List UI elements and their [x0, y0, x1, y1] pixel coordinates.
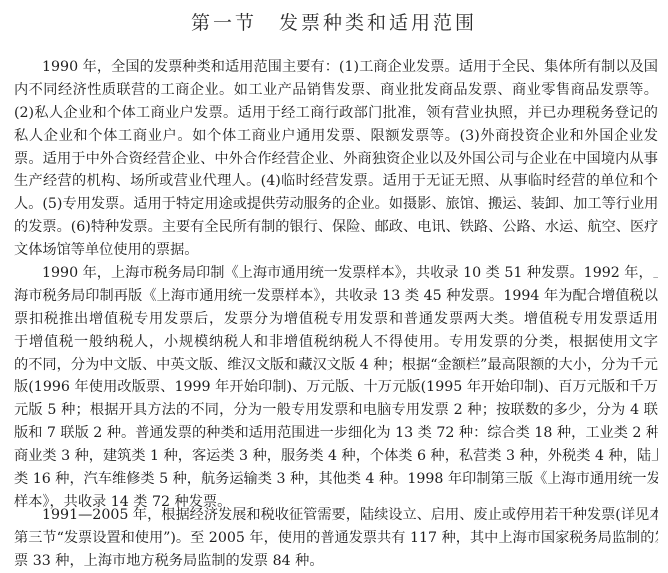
text-line: 海市税务局印制再版《上海市通用统一发票样本》，共收录 13 类 45 种发票。1…	[14, 285, 658, 308]
section-title: 第一节 发票种类和适用范围	[0, 8, 668, 35]
text-line: 商业类 3 种，建筑类 1 种，客运类 3 种，服务类 4 种，个体类 6 种，…	[14, 445, 658, 468]
text-line: 类 16 种，汽车维修类 5 种，航务运输类 3 种，其他类 4 种。1998 …	[14, 468, 658, 491]
text-line: 版和 7 联版 2 种。普通发票的种类和适用范围进一步细化为 13 类 72 种…	[14, 422, 658, 445]
text-line: 的不同，分为中文版、中英文版、维汉文版和藏汉文版 4 种；根据“金额栏”最高限额…	[14, 354, 658, 377]
paragraph-1: 1990 年，全国的发票种类和适用范围主要有：(1)工商企业发票。适用于全民、集…	[14, 56, 658, 262]
text-line: 私人企业和个体工商业户。如个体工商业户通用发票、限额发票等。(3)外商投资企业和…	[14, 125, 658, 148]
text-line: 1991—2005 年，根据经济发展和税收征管需要，陆续设立、启用、废止或停用若…	[14, 504, 658, 527]
text-line: 人。(5)专用发票。适用于特定用途或提供劳动服务的企业。如摄影、旅馆、搬运、装卸…	[14, 193, 658, 216]
text-line: 元版 5 种；根据开具方法的不同，分为一般专用发票和电脑专用发票 2 种；按联数…	[14, 399, 658, 422]
text-line: 票。适用于中外合资经营企业、中外合作经营企业、外商独资企业以及外国公司与企业在中…	[14, 148, 658, 171]
document-page: 第一节 发票种类和适用范围 1990 年，全国的发票种类和适用范围主要有：(1)…	[0, 0, 668, 573]
text-line: 票 33 种，上海市地方税务局监制的发票 84 种。	[14, 550, 658, 573]
text-line: 1990 年，全国的发票种类和适用范围主要有：(1)工商企业发票。适用于全民、集…	[14, 56, 658, 79]
text-line: 票扣税推出增值税专用发票后，发票分为增值税专用发票和普通发票两大类。增值税专用发…	[14, 308, 658, 331]
text-line: 于增值税一般纳税人，小规模纳税人和非增值税纳税人不得使用。专用发票的分类，根据使…	[14, 331, 658, 354]
text-line: 的发票。(6)特种发票。主要有全民所有制的银行、保险、邮政、电讯、铁路、公路、水…	[14, 216, 658, 239]
text-line: 版(1996 年使用改版票、1999 年开始印制)、万元版、十万元版(1995 …	[14, 376, 658, 399]
text-line: (2)私人企业和个体工商业户发票。适用于经工商行政部门批准，领有营业执照，并已办…	[14, 102, 658, 125]
text-line: 生产经营的机构、场所或营业代理人。(4)临时经营发票。适用于无证无照、从事临时经…	[14, 170, 658, 193]
paragraph-2: 1990 年，上海市税务局印制《上海市通用统一发票样本》，共收录 10 类 51…	[14, 262, 658, 514]
text-line: 内不同经济性质联营的工商企业。如工业产品销售发票、商业批发商品发票、商业零售商品…	[14, 79, 658, 102]
text-line: 1990 年，上海市税务局印制《上海市通用统一发票样本》，共收录 10 类 51…	[14, 262, 658, 285]
text-line: 第三节“发票设置和使用”)。至 2005 年，使用的普通发票共有 117 种，其…	[14, 527, 658, 550]
text-line: 文体场馆等单位使用的票据。	[14, 239, 658, 262]
paragraph-3: 1991—2005 年，根据经济发展和税收征管需要，陆续设立、启用、废止或停用若…	[14, 504, 658, 573]
